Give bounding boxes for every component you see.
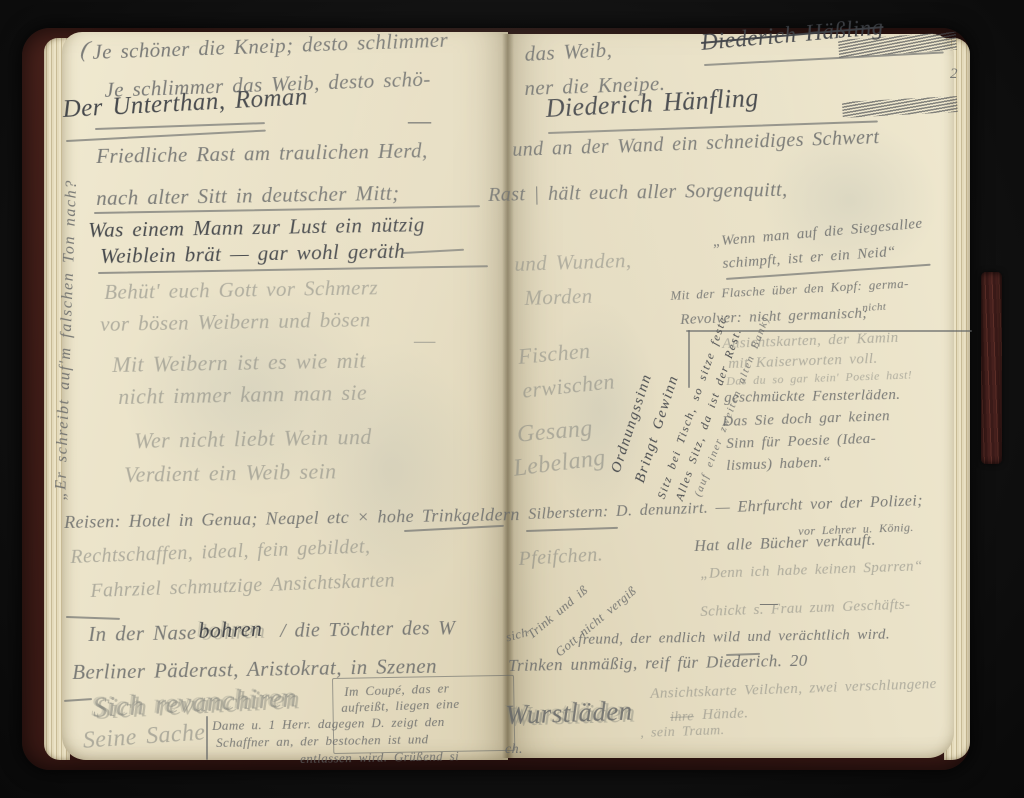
handwriting-line: „Denn ich habe keinen Sparren“ xyxy=(700,558,923,583)
handwriting-layer: (Je schöner die Kneip; desto schlimmerda… xyxy=(0,0,1024,798)
pencil-vrule xyxy=(206,716,208,760)
handwriting-line: Sinn für Poesie (Idea- xyxy=(726,431,876,453)
handwriting-line: — xyxy=(408,106,432,136)
handwriting-line: Hat alle Bücher verkauft. xyxy=(694,532,876,556)
handwriting-line: geschmückte Fensterläden. xyxy=(724,387,901,407)
handwriting-line: Rast | hält euch aller Sorgenquitt, xyxy=(488,179,788,207)
margin-note-vertical: „Er schreibt auf'm falschen Ton nach? xyxy=(52,179,81,501)
handwriting-line: ch. xyxy=(505,742,523,758)
pencil-rule xyxy=(66,616,120,620)
handwriting-line: Verdient ein Weib sein xyxy=(124,458,337,488)
handwriting-line: Rechtschaffen, ideal, fein gebildet, xyxy=(70,536,371,569)
handwriting-line: Weiblein brät — gar wohl geräth xyxy=(100,239,405,269)
pencil-scribble xyxy=(842,96,958,118)
handwriting-line: Behüt' euch Gott vor Schmerz xyxy=(104,275,378,305)
handwriting-line: Je schöner die Kneip; desto schlimmer xyxy=(92,28,448,65)
handwriting-line: Morden xyxy=(524,284,593,311)
handwriting-line: Mit Weibern ist es wie mit xyxy=(112,348,366,378)
handwriting-line: das Weib, xyxy=(524,37,613,67)
handwriting-line: erwischen xyxy=(521,368,616,404)
handwriting-line: Wurstläden xyxy=(505,696,633,731)
handwriting-line: Seine Sache xyxy=(82,719,206,754)
pencil-rule xyxy=(66,130,266,142)
pencil-rule xyxy=(526,527,618,532)
pencil-rule xyxy=(402,249,464,254)
handwriting-line: Lebelang xyxy=(512,445,607,483)
handwriting-line: Fischen xyxy=(517,338,591,370)
handwriting-line: vor bösen Weibern und bösen xyxy=(100,307,371,337)
handwriting-line: Fahrziel schmutzige Ansichtskarten xyxy=(90,569,395,603)
handwriting-line: In der Nase xyxy=(88,620,197,647)
notebook-photograph: (Je schöner die Kneip; desto schlimmerda… xyxy=(0,0,1024,798)
handwriting-line: Friedliche Rast am traulichen Herd, xyxy=(96,138,428,169)
handwriting-line: Schickt s. Frau zum Geschäfts- xyxy=(700,597,911,621)
handwriting-line: Mit der Flasche über den Kopf: germa- xyxy=(670,276,909,304)
handwriting-line: Hände. xyxy=(702,705,749,724)
handwriting-line: Trinken unmäßig, reif für Diederich. 20 xyxy=(508,651,808,676)
handwriting-line: freund, der endlich wild und verächtlich… xyxy=(578,627,890,649)
pencil-rule xyxy=(95,122,265,130)
pencil-rule xyxy=(704,51,944,66)
handwriting-line: Pfeifchen. xyxy=(518,544,604,571)
handwriting-line: entlassen wird. Grüßend si xyxy=(300,748,459,767)
handwriting-line: Revolver: nicht germanisch; xyxy=(680,305,868,329)
handwriting-line: bohren xyxy=(198,616,263,644)
pencil-rule xyxy=(64,698,92,702)
handwriting-line: ( xyxy=(78,36,92,64)
handwriting-line: Der Unterthan, Roman xyxy=(62,83,308,124)
handwriting-line: lismus) haben.“ xyxy=(726,454,831,475)
handwriting-line: Das Sie doch gar keinen xyxy=(722,408,890,431)
handwriting-line: Gesang xyxy=(516,415,594,448)
handwriting-line: Ansichtskarte Veilchen, zwei verschlunge… xyxy=(650,676,937,703)
handwriting-line: Wer nicht liebt Wein und xyxy=(134,424,372,454)
handwriting-line: und Wunden, xyxy=(514,248,632,277)
page-number: 2 xyxy=(950,66,958,83)
pencil-vrule xyxy=(688,330,690,388)
handwriting-line: nach alter Sitt in deutscher Mitt; xyxy=(96,181,400,211)
handwriting-line: sich xyxy=(504,624,530,645)
handwriting-line: / die Töchter des W xyxy=(280,617,456,643)
handwriting-line: — xyxy=(414,328,436,355)
handwriting-line: nicht immer kann man sie xyxy=(118,380,367,410)
handwriting-line: , sein Traum. xyxy=(640,723,725,742)
handwriting-line: Silberstern: D. denunzirt. — Ehrfurcht v… xyxy=(528,492,923,524)
